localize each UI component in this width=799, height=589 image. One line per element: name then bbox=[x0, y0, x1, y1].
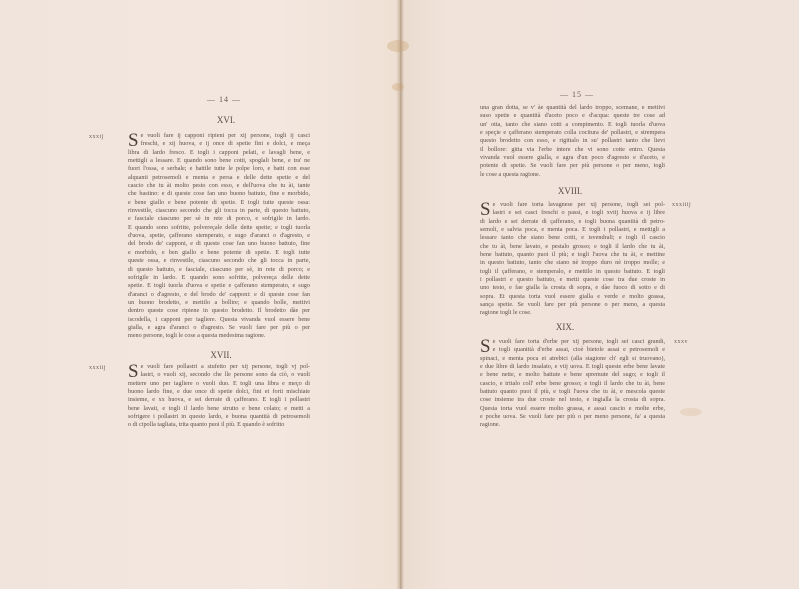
text-line: spinaci, e menta poca et atrebici (alla … bbox=[480, 355, 665, 363]
text-line: dentro queste cose ripiene in questo bro… bbox=[128, 307, 310, 315]
text-line: queste ossa, e rinvestile, ciascuno seco… bbox=[128, 257, 310, 265]
page-number: — 14 — bbox=[207, 95, 241, 104]
text-line: alquanti petrosemoli e menta e persa e d… bbox=[128, 174, 310, 182]
text-line: e speçie e çafferano stemperato colla co… bbox=[480, 129, 665, 137]
text-line: Questa torta vuol essere molto grassa, e… bbox=[480, 405, 665, 413]
text-line: E quando sono sofritte, polvereçale dell… bbox=[128, 224, 310, 232]
paper-stain bbox=[387, 40, 409, 52]
text-line: rinvestile, ciascuno secondo che gli toc… bbox=[128, 207, 310, 215]
recipe-text: S e vuoli fare torta lavagnese per xij p… bbox=[480, 201, 665, 318]
text-line: lessare tanto che siano bene cotti, e is… bbox=[480, 234, 665, 242]
text-line: mettere uno per tagliere o vuoli duo. E … bbox=[128, 380, 310, 388]
text-line: meno persone, togli le cose a questa med… bbox=[128, 332, 310, 340]
text-line: freschi, e xij huova, e ij once di speti… bbox=[128, 140, 310, 148]
text-line: fuori l'ossa, e serbale; e battile tutte… bbox=[128, 165, 310, 173]
text-line: cascio, e tritalo coll' erbe bene grosso… bbox=[480, 380, 665, 388]
text-line: e due libre di lardo insalato, e viij uo… bbox=[480, 363, 665, 371]
text-line: e vuoli fare pollastri a stufetto per xi… bbox=[128, 363, 310, 371]
text-line: d'aranci o d'agresto, e del brodo de' ca… bbox=[128, 291, 310, 299]
text-line: e bene giallo e bene potente di spetie. … bbox=[128, 199, 310, 207]
text-line: suso spetie e quantità d'aceto poco e d'… bbox=[480, 112, 665, 120]
drop-cap: S bbox=[480, 202, 491, 217]
text-line: un' otta, tanto che siano cotti a compim… bbox=[480, 121, 665, 129]
text-line: cose insieme tra due croste nel testo, e… bbox=[480, 396, 665, 404]
drop-cap: S bbox=[480, 339, 491, 354]
text-line: il bollore: gitta via l'erbe intere che … bbox=[480, 146, 665, 154]
recipe-text: S e vuoli fare torta d'erbe per xij pers… bbox=[480, 338, 665, 430]
text-line: e bene nette, e molto battute e bene spr… bbox=[480, 371, 665, 379]
text-line: spetie. E togli tuorla d'uova e spetie e… bbox=[128, 282, 310, 290]
margin-number: xxxij bbox=[89, 134, 104, 140]
section-heading: XVIII. bbox=[540, 186, 600, 196]
page-number: — 15 — bbox=[560, 90, 594, 99]
text-line: cascio che tu ài molto pesto con esso, e… bbox=[128, 182, 310, 190]
text-line: bene battuto, quanto puoi il più; e togl… bbox=[480, 251, 665, 259]
text-line: e vuoli fare ij capponi ripieni per xij … bbox=[128, 132, 310, 140]
margin-number: xxxiiij bbox=[672, 202, 691, 208]
text-line: di questo battuto, e fasciale, ciascuno … bbox=[128, 266, 310, 274]
margin-number: xxxv bbox=[674, 339, 688, 345]
text-line: e vuoli fare torta d'erbe per xij person… bbox=[480, 338, 665, 346]
drop-cap: S bbox=[128, 364, 139, 379]
text-line: sofrigile in lardo. E quando sono sofrit… bbox=[128, 274, 310, 282]
book-spread: — 14 — XVI. xxxij S e vuoli fare ij capp… bbox=[0, 0, 799, 589]
text-line: ragione togli le cose. bbox=[480, 309, 665, 317]
right-page: — 15 — una gran dotta, se v' àe quantità… bbox=[400, 0, 799, 589]
recipe-text: S e vuoli fare pollastri a stufetto per … bbox=[128, 363, 310, 430]
text-line: sofrigere i pollastri in questo lardo, e… bbox=[128, 413, 310, 421]
text-line: lastri, o vuoli xij, secondo che lle per… bbox=[128, 371, 310, 379]
drop-cap: S bbox=[128, 133, 139, 148]
text-line: e vuoli fare torta lavagnese per xij per… bbox=[480, 201, 665, 209]
text-line: lastri e sei casci freschi o passi, e to… bbox=[480, 209, 665, 217]
section-heading: XIX. bbox=[535, 322, 595, 332]
paper-stain bbox=[392, 83, 404, 91]
text-line: una gran dotta, se v' àe quantità del la… bbox=[480, 104, 665, 112]
text-line: togli il çafferano, e stemperalo, e mett… bbox=[480, 268, 665, 276]
text-line: sança spetie. Se vuoli fare per più pers… bbox=[480, 301, 665, 309]
text-line: mettigli a lessare. E quando sono bene c… bbox=[128, 157, 310, 165]
margin-number: xxxiij bbox=[89, 365, 106, 371]
text-line: semoli, e salvia poca, e menta poca. E t… bbox=[480, 226, 665, 234]
text-line: insieme, e xx huova, e sei derrate di ça… bbox=[128, 396, 310, 404]
text-line: che tu ài, bene lavato, e pestalo grosso… bbox=[480, 243, 665, 251]
text-line: e poche uova. Se vuoli fare per più o pe… bbox=[480, 413, 665, 421]
text-line: d'uova, spetie, çafferano stemperato, e … bbox=[128, 232, 310, 240]
text-line: le cose a questa ragione. bbox=[480, 171, 665, 179]
text-line: battuto quanto puoi il più, e togli l'uo… bbox=[480, 388, 665, 396]
text-line: vivanda vuol essere gialla, e agra d'un … bbox=[480, 154, 665, 162]
text-line: libra di lardo fresco. E togli i capponi… bbox=[128, 149, 310, 157]
text-line: potente di spetie. Se vuoli fare per più… bbox=[480, 162, 665, 170]
text-line: e fasciale ciascuno per sè in rete di po… bbox=[128, 215, 310, 223]
section-heading: XVI. bbox=[196, 115, 256, 125]
recipe-text: S e vuoli fare ij capponi ripieni per xi… bbox=[128, 132, 310, 341]
left-page: — 14 — XVI. xxxij S e vuoli fare ij capp… bbox=[0, 0, 400, 589]
text-line: buono lardo fine, e due once di spetie d… bbox=[128, 388, 310, 396]
text-line: di lardo e sei derrate di çafferano, e t… bbox=[480, 218, 665, 226]
text-line: ragione. bbox=[480, 421, 665, 429]
text-line: del brodo de' capponi, e di queste cose … bbox=[128, 240, 310, 248]
text-line: i pollastri e questo battuto, e metti qu… bbox=[480, 276, 665, 284]
text-line: e morbido, e ben giallo e bene potente d… bbox=[128, 249, 310, 257]
section-heading: XVII. bbox=[191, 350, 251, 360]
text-line: bene lavati, e togli il lardo bene strut… bbox=[128, 405, 310, 413]
recipe-text-continuation: una gran dotta, se v' àe quantità del la… bbox=[480, 104, 665, 179]
text-line: gialla, e agra d'aranci o d'agresto. Se … bbox=[128, 324, 310, 332]
text-line: o di cipolla tagliata, trita quanto puoi… bbox=[128, 421, 310, 429]
text-line: un buono brodetto, e mettilo a bollire; … bbox=[128, 299, 310, 307]
text-line: iscodella, i capponi per tagliere. Quest… bbox=[128, 316, 310, 324]
text-line: uno testo, e fae gialla la crosta di sop… bbox=[480, 284, 665, 292]
paper-stain bbox=[680, 408, 702, 416]
text-line: sopra. Et questa torta vuol essere giall… bbox=[480, 293, 665, 301]
text-line: che bastino: e di queste cose fan uno bu… bbox=[128, 190, 310, 198]
text-line: e togli quantità d'erbe assai, cioè biet… bbox=[480, 346, 665, 354]
text-line: in questo battuto, tanto che siano nè tr… bbox=[480, 259, 665, 267]
text-line: questo brodetto con esso, e rigittalo in… bbox=[480, 137, 665, 145]
